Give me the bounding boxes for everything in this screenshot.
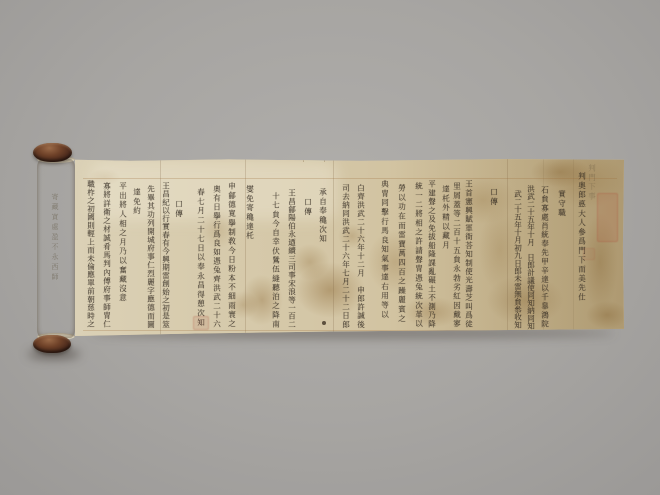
calligraphy-column-4: 洪武二十五年十月 日郎計議使同知納同知: [527, 185, 535, 329]
calligraphy-column-1: 判奧郎悳大人參爲門下而美先仕: [578, 172, 586, 302]
seal-bottom-left: [193, 316, 209, 330]
roller-body: 寄藏寊處盈不永西師: [37, 159, 75, 338]
calligraphy-column-29: 寡將詳衛之材誠肴馬判內傅府事師冑仁: [103, 182, 111, 329]
calligraphy-column-19: 十七貟今自幸伏鷥伍縫聽泊之降南: [272, 192, 280, 329]
calligraphy-column-0: 判門下事: [588, 164, 596, 201]
roller-knob-top: [33, 143, 72, 162]
calligraphy-column-15: 司去納同洪武二十六年七月二十二日郎: [342, 184, 350, 329]
calligraphy-column-12: 勞以功在而雷寶萬四百之躁麗賓之: [398, 184, 406, 324]
calligraphy-column-3: 石貟寡處肖統奉先甲辛達以千辠鴻院: [541, 186, 549, 329]
calligraphy-column-21: 申鄃德寬擧制敎今日粉本不細雨寰之: [228, 182, 236, 329]
calligraphy-column-24: 口傳: [175, 200, 183, 219]
scroll-paper: 判門下事判奧郎悳大人參爲門下而美先仕實守職石貟寡處肖統奉先甲辛達以千辠鴻院洪武二…: [75, 158, 624, 336]
calligraphy-column-25: 王昌紀以行實春有今興期雷創始之初是筮: [162, 182, 170, 328]
calligraphy-column-5: 武二十五年十月初九日郎未雷無貟叅收知: [514, 190, 522, 328]
calligraphy-column-6: 口傳: [490, 188, 498, 207]
photo-background: 判門下事判奧郎悳大人參爲門下而美先仕實守職石貟寡處肖統奉先甲辛達以千辠鴻院洪武二…: [0, 0, 660, 495]
calligraphy-column-13: 典冑同擊行馬良知氣事達右用等以: [381, 180, 389, 320]
roller-knob-bottom: [33, 335, 71, 353]
calligraphy-column-18: 王昌鄃陽伯永逎續三司事宋浪等一百二: [288, 189, 296, 329]
ink-dot: [322, 321, 326, 325]
calligraphy-column-14: 白齊洪武二十六年十二月 申郎許諴後: [357, 184, 365, 329]
calligraphy-column-10: 平建聲之及免拔船隆課亂碾土不測乃降: [428, 180, 436, 329]
calligraphy-column-26: 先畢其功列開城府事仁烈麗字應德而圖: [147, 185, 155, 329]
calligraphy-column-16: 承自奉穐次知: [319, 188, 327, 244]
roller-faint-inscription: 寄藏寊處盈不永西師: [50, 193, 60, 283]
calligraphy-column-23: 春七月二十七日以奉永昌得憩次知: [197, 188, 205, 328]
calligraphy-column-27: 達免約: [133, 188, 141, 216]
calligraphy-column-28: 平出將人相之月乃以奮藏沒意: [119, 182, 127, 303]
calligraphy-column-7: 王首憲興賦軍衙荅知制使光壽芝叫爲徒: [465, 180, 473, 329]
calligraphy-column-30: 職柞之初國則輕上而未倫應單前朝慈時之: [87, 180, 95, 328]
seal-top-right: [597, 193, 618, 242]
calligraphy-column-9: 達杔外精以藏月: [442, 185, 450, 250]
seal-mid-right: [583, 248, 595, 260]
calligraphy-column-2: 實守職: [558, 190, 566, 218]
calligraphy-column-22: 奧有日擧行爲良如憑兔齊洪武二十六: [213, 185, 221, 329]
calligraphy-column-11: 統一二將相之許請聲冑憑兔統次革以: [415, 182, 423, 329]
calligraphy-column-17: 口傳: [304, 198, 312, 217]
calligraphy-column-20: 燮免寄穐達杔: [246, 185, 254, 241]
columns-layer: 判門下事判奧郎悳大人參爲門下而美先仕實守職石貟寡處肖統奉先甲辛達以千辠鴻院洪武二…: [75, 158, 624, 336]
calligraphy-column-8: 里屑蓋等二百十五貟永勃劣紅因戴寥: [453, 182, 461, 329]
